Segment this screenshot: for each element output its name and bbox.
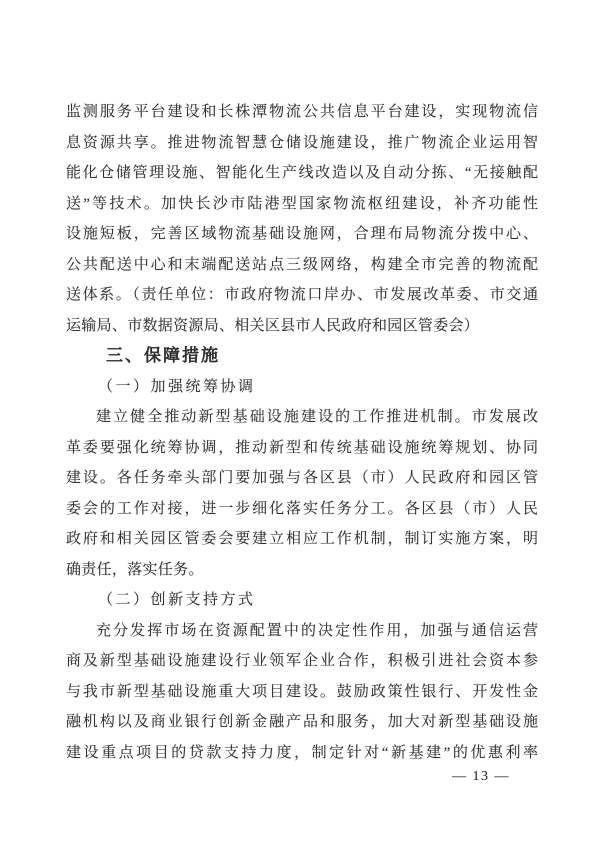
text-block: 监测服务平台建设和长株潭物流公共信息平台建设，实现物流信 息资源共享。推进物流智… — [66, 97, 538, 768]
body-line: 融机构以及商业银行创新金融产品和服务，加大对新型基础设施 — [66, 707, 538, 738]
body-line: 建设。各任务牵头部门要加强与各区县（市）人民政府和园区管 — [66, 463, 538, 494]
body-line: 设施短板，完善区域物流基础设施网，合理布局物流分拨中心、 — [66, 219, 538, 250]
body-line: 送”等技术。加快长沙市陆港型国家物流枢纽建设，补齐功能性 — [66, 189, 538, 220]
body-line: 革委要强化统筹协调，推动新型和传统基础设施统筹规划、协同 — [66, 433, 538, 464]
body-line: 与我市新型基础设施重大项目建设。鼓励政策性银行、开发性金 — [66, 677, 538, 708]
body-line: 建设重点项目的贷款支持力度，制定针对“新基建”的优惠利率 — [66, 738, 538, 769]
body-line: 公共配送中心和末端配送站点三级网络，构建全市完善的物流配 — [66, 250, 538, 281]
body-line: 息资源共享。推进物流智慧仓储设施建设，推广物流企业运用智 — [66, 128, 538, 159]
body-line: 委会的工作对接，进一步细化落实任务分工。各区县（市）人民 — [66, 494, 538, 525]
section-heading: 三、保障措施 — [66, 341, 538, 372]
body-line: 建立健全推动新型基础设施建设的工作推进机制。市发展改 — [66, 402, 538, 433]
body-line: 确责任，落实任务。 — [66, 555, 538, 586]
subsection-heading-2: （二）创新支持方式 — [66, 585, 538, 616]
subsection-heading-1: （一）加强统筹协调 — [66, 372, 538, 403]
body-line: 运输局、市数据资源局、相关区县市人民政府和园区管委会） — [66, 311, 538, 342]
body-line: 充分发挥市场在资源配置中的决定性作用，加强与通信运营 — [66, 616, 538, 647]
body-line: 能化仓储管理设施、智能化生产线改造以及自动分拣、“无接触配 — [66, 158, 538, 189]
body-line: 政府和相关园区管委会要建立相应工作机制，制订实施方案，明 — [66, 524, 538, 555]
body-line: 商及新型基础设施建设行业领军企业合作，积极引进社会资本参 — [66, 646, 538, 677]
document-page: 监测服务平台建设和长株潭物流公共信息平台建设，实现物流信 息资源共享。推进物流智… — [0, 0, 600, 848]
body-line: 送体系。（责任单位：市政府物流口岸办、市发展改革委、市交通 — [66, 280, 538, 311]
page-number: — 13 — — [452, 769, 510, 785]
body-line: 监测服务平台建设和长株潭物流公共信息平台建设，实现物流信 — [66, 97, 538, 128]
